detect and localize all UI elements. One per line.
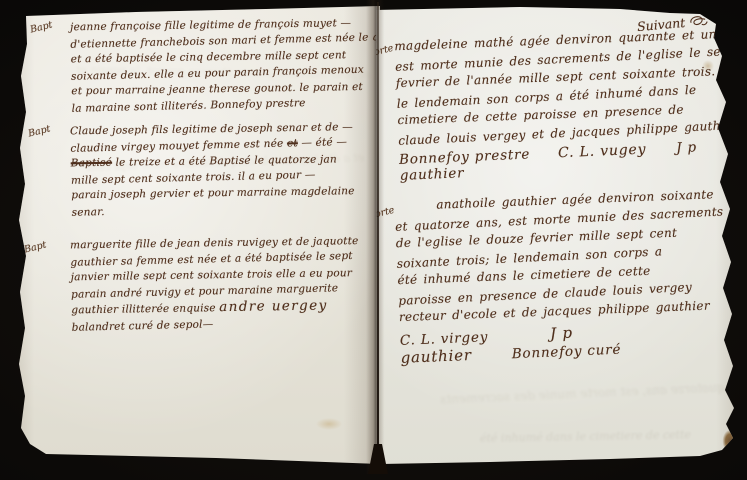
inline-signature: andre uergey (219, 298, 328, 316)
entry-lines: Claude joseph fils legitime de joseph se… (70, 118, 380, 220)
struck-text: et (287, 137, 298, 149)
text-run: balandret curé de sepol— (72, 318, 214, 333)
signature: Bonnefoy prestre (399, 146, 531, 167)
register-entry: Baptmarguerite fille de jean denis ruvig… (16, 238, 380, 335)
signature: Bonnefoy curé (511, 341, 621, 362)
margin-annotation: Bapt (27, 123, 52, 139)
text-run: senar. (72, 206, 105, 219)
right-page: Suivant et quatorze ans, est morte munie… (370, 4, 742, 470)
manuscript-photo: et a été baptisée le cinq decembre mille… (0, 0, 747, 480)
struck-text: Baptisé (71, 157, 112, 170)
entry-lines: anathoile gauthier agée denviron soixant… (394, 183, 742, 366)
margin-annotation: Bapt (23, 239, 48, 255)
paper-stain (720, 426, 740, 456)
entry-lines: magdeleine mathé agée denviron quarante … (394, 23, 742, 183)
register-entry: mortemagdeleine mathé agée denviron quar… (370, 38, 742, 184)
entry-lines: jeanne françoise fille legitime de franç… (70, 14, 380, 116)
bleedthrough-text: été inhumé dans le cimetiere de cette (480, 428, 691, 445)
signature: C. L. virgey (400, 329, 489, 349)
text-run: gauthier illitterée enquise (71, 302, 219, 316)
left-page: et a été baptisée le cinq decembre mille… (16, 6, 380, 464)
signature: C. L. vugey (558, 142, 647, 162)
register-entry: Baptjeanne françoise fille legitime de f… (16, 20, 380, 116)
register-entry: BaptClaude joseph fils legitime de josep… (16, 124, 380, 220)
text-run: — été — (298, 136, 348, 149)
paper-stain (74, 6, 86, 13)
paper-stain (316, 418, 342, 430)
gutter-crease (377, 2, 379, 468)
text-run: la maraine sont illiterés. Bonnefoy pres… (72, 97, 306, 115)
register-entry: morteanathoile gauthier agée denviron so… (370, 198, 742, 367)
entry-lines: marguerite fille de jean denis ruvigey e… (70, 232, 380, 335)
bleedthrough-text: et quatorze ans, est morte munie des sac… (440, 379, 741, 406)
margin-annotation: Bapt (29, 19, 54, 35)
